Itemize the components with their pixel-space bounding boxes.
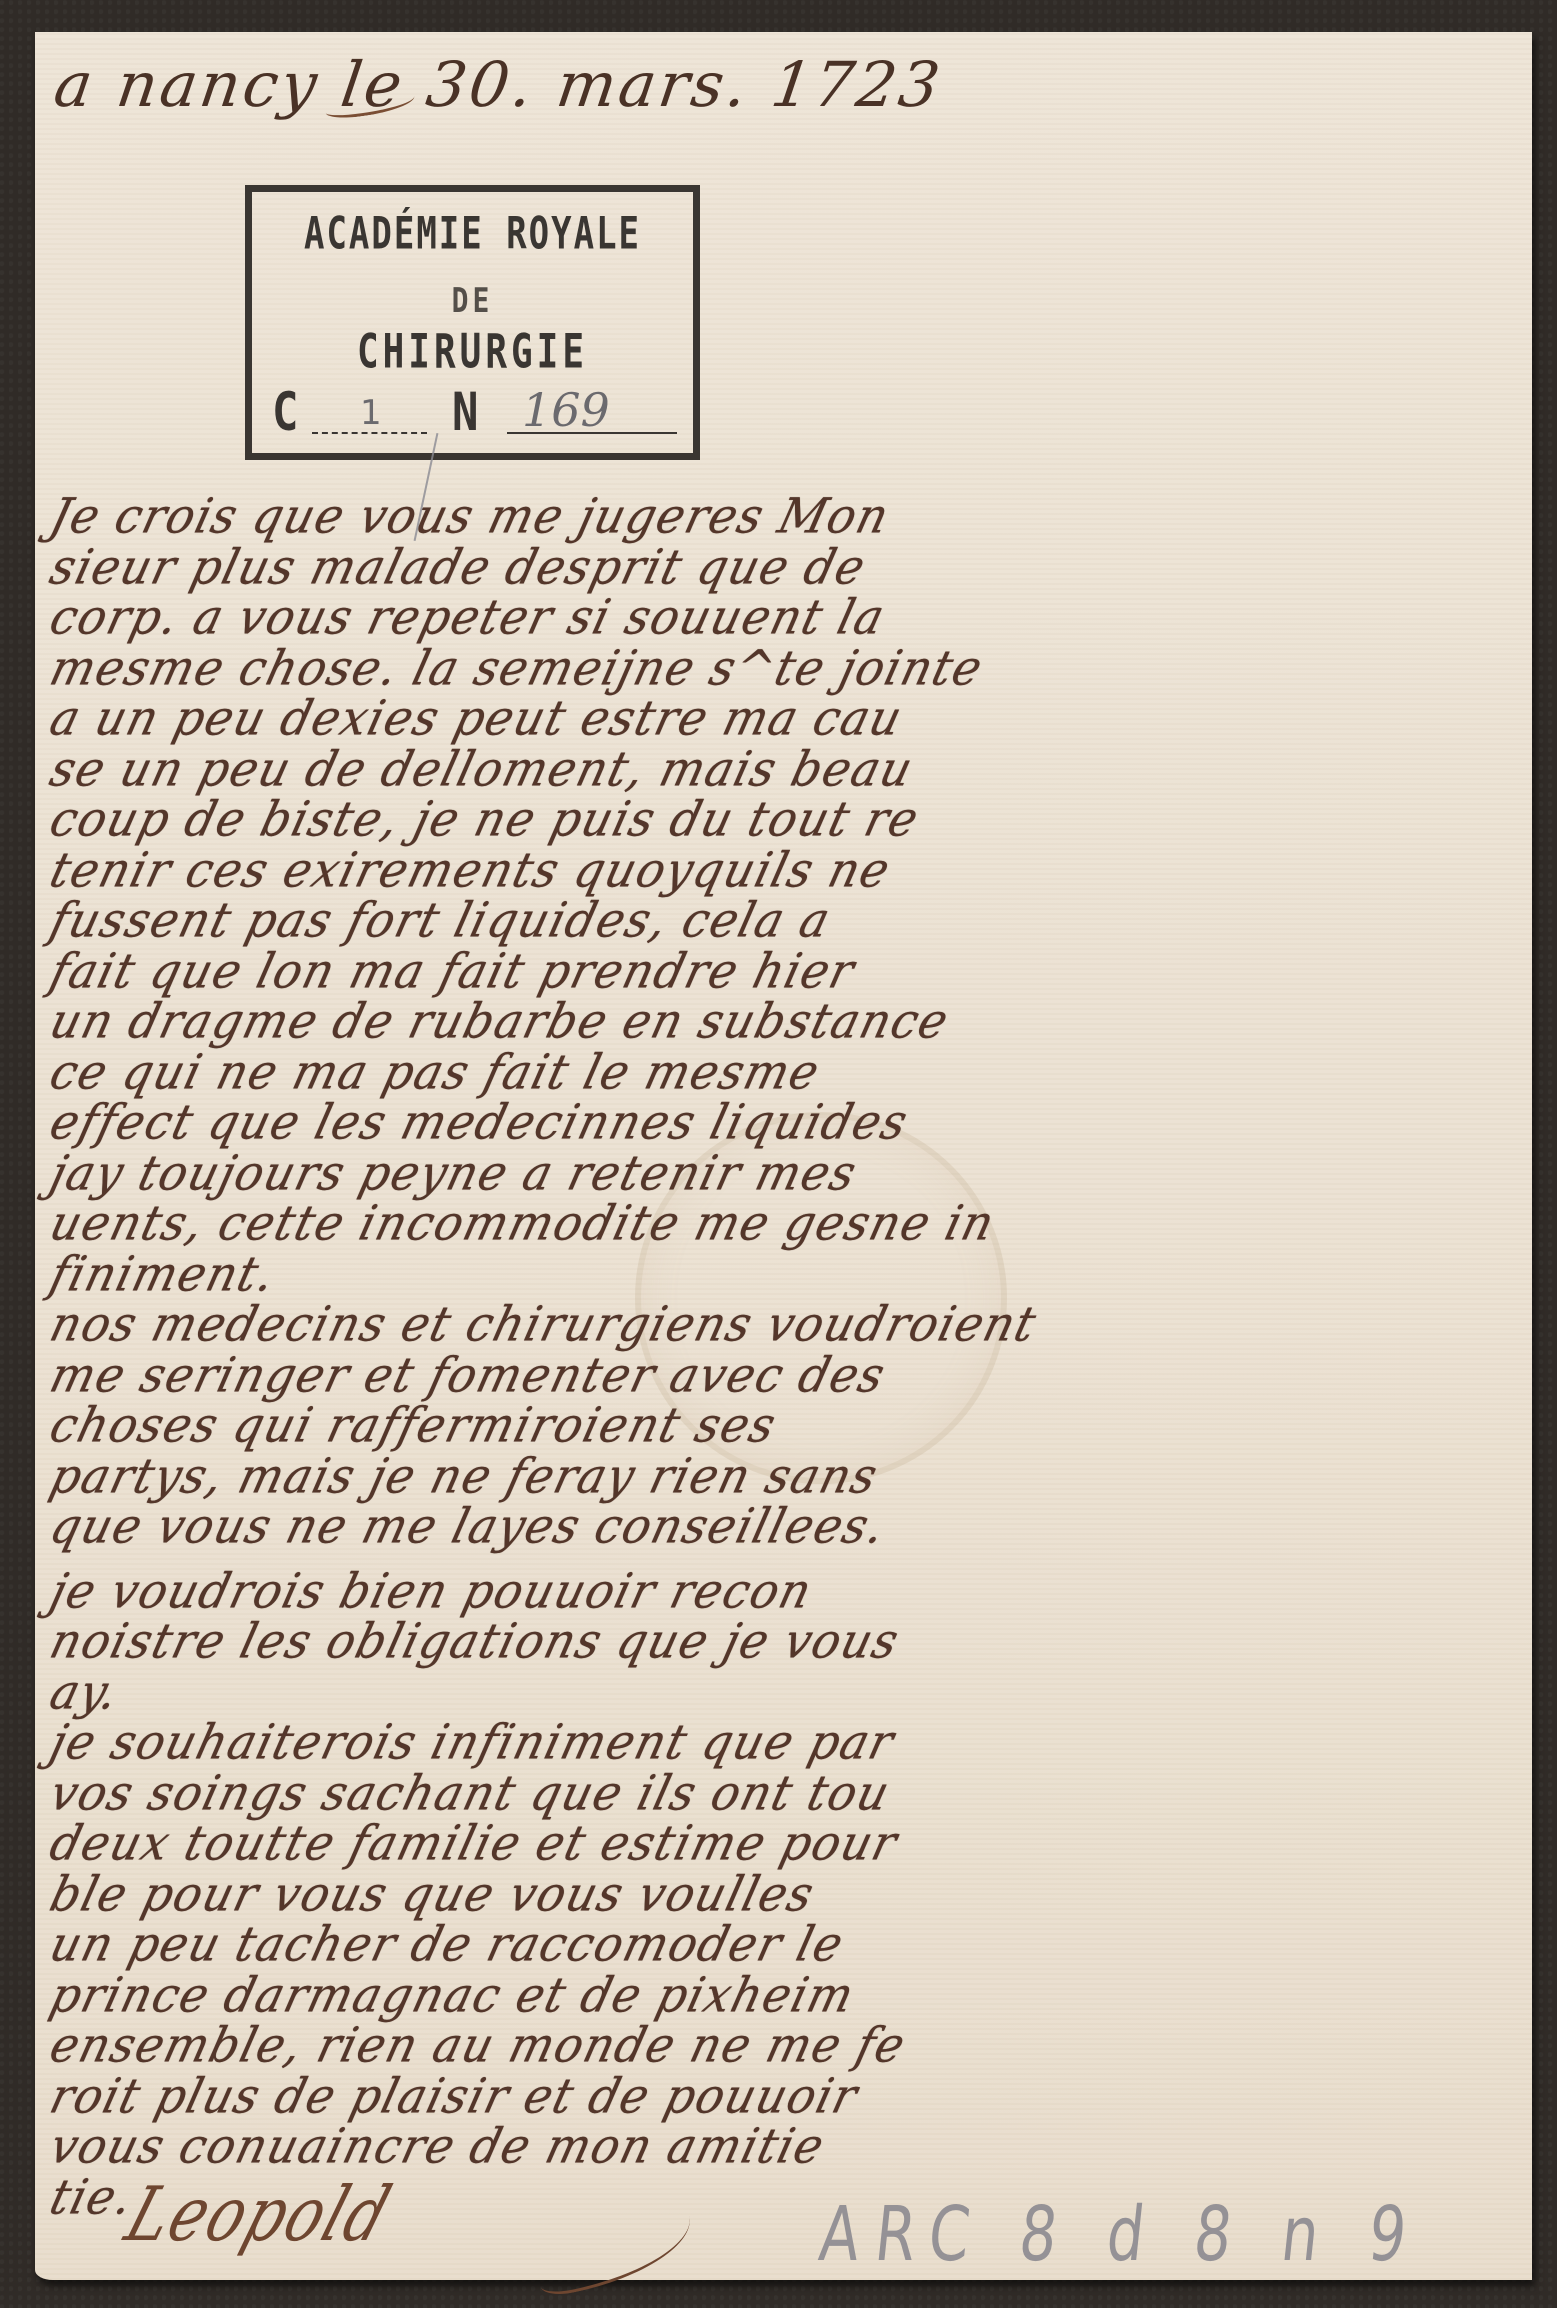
- letter-page: a nancy le 30. mars. 1723 ACADÉMIE ROYAL…: [35, 32, 1532, 2280]
- body-line: corp. a vous repeter si souuent la: [45, 590, 1538, 643]
- body-line: partys, mais je ne feray rien sans: [45, 1449, 1538, 1502]
- body-line: tenir ces exirements quoyquils ne: [45, 843, 1538, 896]
- body-line: fait que lon ma fait prendre hier: [45, 944, 1538, 997]
- stamp-n-value: 169: [522, 383, 610, 437]
- archive-reference-mark: ARC 8 d 8 n 9: [815, 2190, 1426, 2278]
- body-line: fussent pas fort liquides, cela a: [45, 893, 1538, 946]
- body-line: choses qui raffermiroient ses: [45, 1398, 1538, 1451]
- body-line: Je crois que vous me jugeres Mon: [45, 489, 1538, 542]
- body-line: finiment.: [45, 1247, 1538, 1300]
- body-line: prince darmagnac et de pixheim: [45, 1968, 1538, 2021]
- body-line: un dragme de rubarbe en substance: [45, 994, 1538, 1047]
- body-line: que vous ne me layes conseillees.: [45, 1499, 1538, 1552]
- academie-stamp: ACADÉMIE ROYALE DE CHIRURGIE C 1 N 169: [245, 185, 700, 460]
- body-line: a un peu dexies peut estre ma cau: [45, 691, 1538, 744]
- stamp-line-3: CHIRURGIE: [252, 326, 693, 379]
- body-line: roit plus de plaisir et de pouuoir: [45, 2069, 1538, 2122]
- stamp-c-label: C: [272, 382, 299, 443]
- body-line: effect que les medecinnes liquides: [45, 1095, 1538, 1148]
- body-line: me seringer et fomenter avec des: [45, 1348, 1538, 1401]
- stamp-c-value: 1: [360, 393, 382, 433]
- body-line: ce qui ne ma pas fait le mesme: [45, 1045, 1538, 1098]
- body-line: sieur plus malade desprit que de: [45, 540, 1538, 593]
- body-line: mesme chose. la semeijne s^te jointe: [45, 641, 1538, 694]
- body-line: ensemble, rien au monde ne me fe: [45, 2018, 1538, 2071]
- body-line: noistre les obligations que je vous: [45, 1614, 1538, 1667]
- stamp-line-2: DE: [252, 281, 693, 321]
- date-line: a nancy le 30. mars. 1723: [50, 48, 947, 121]
- body-line: ble pour vous que vous voulles: [45, 1867, 1538, 1920]
- body-line: un peu tacher de raccomoder le: [45, 1917, 1538, 1970]
- body-line: je souhaiterois infiniment que par: [45, 1715, 1538, 1768]
- stamp-n-label: N: [452, 382, 479, 443]
- body-line: se un peu de delloment, mais beau: [45, 742, 1538, 795]
- letter-body: Je crois que vous me jugeres Mon sieur p…: [45, 492, 1525, 2223]
- body-line: jay toujours peyne a retenir mes: [45, 1146, 1538, 1199]
- body-line: vos soings sachant que ils ont tou: [45, 1766, 1538, 1819]
- body-line: ay.: [45, 1665, 1538, 1718]
- body-line: nos medecins et chirurgiens voudroient: [45, 1297, 1538, 1350]
- signature: Leopold: [116, 2171, 402, 2259]
- stamp-line-1: ACADÉMIE ROYALE: [252, 208, 693, 260]
- stamp-reference-row: C 1 N 169: [272, 387, 673, 435]
- body-line: coup de biste, je ne puis du tout re: [45, 792, 1538, 845]
- body-line: vous conuaincre de mon amitie: [45, 2119, 1538, 2172]
- body-line: je voudrois bien pouuoir recon: [45, 1564, 1538, 1617]
- body-line: deux toutte familie et estime pour: [45, 1816, 1538, 1869]
- body-line: uents, cette incommodite me gesne in: [45, 1196, 1538, 1249]
